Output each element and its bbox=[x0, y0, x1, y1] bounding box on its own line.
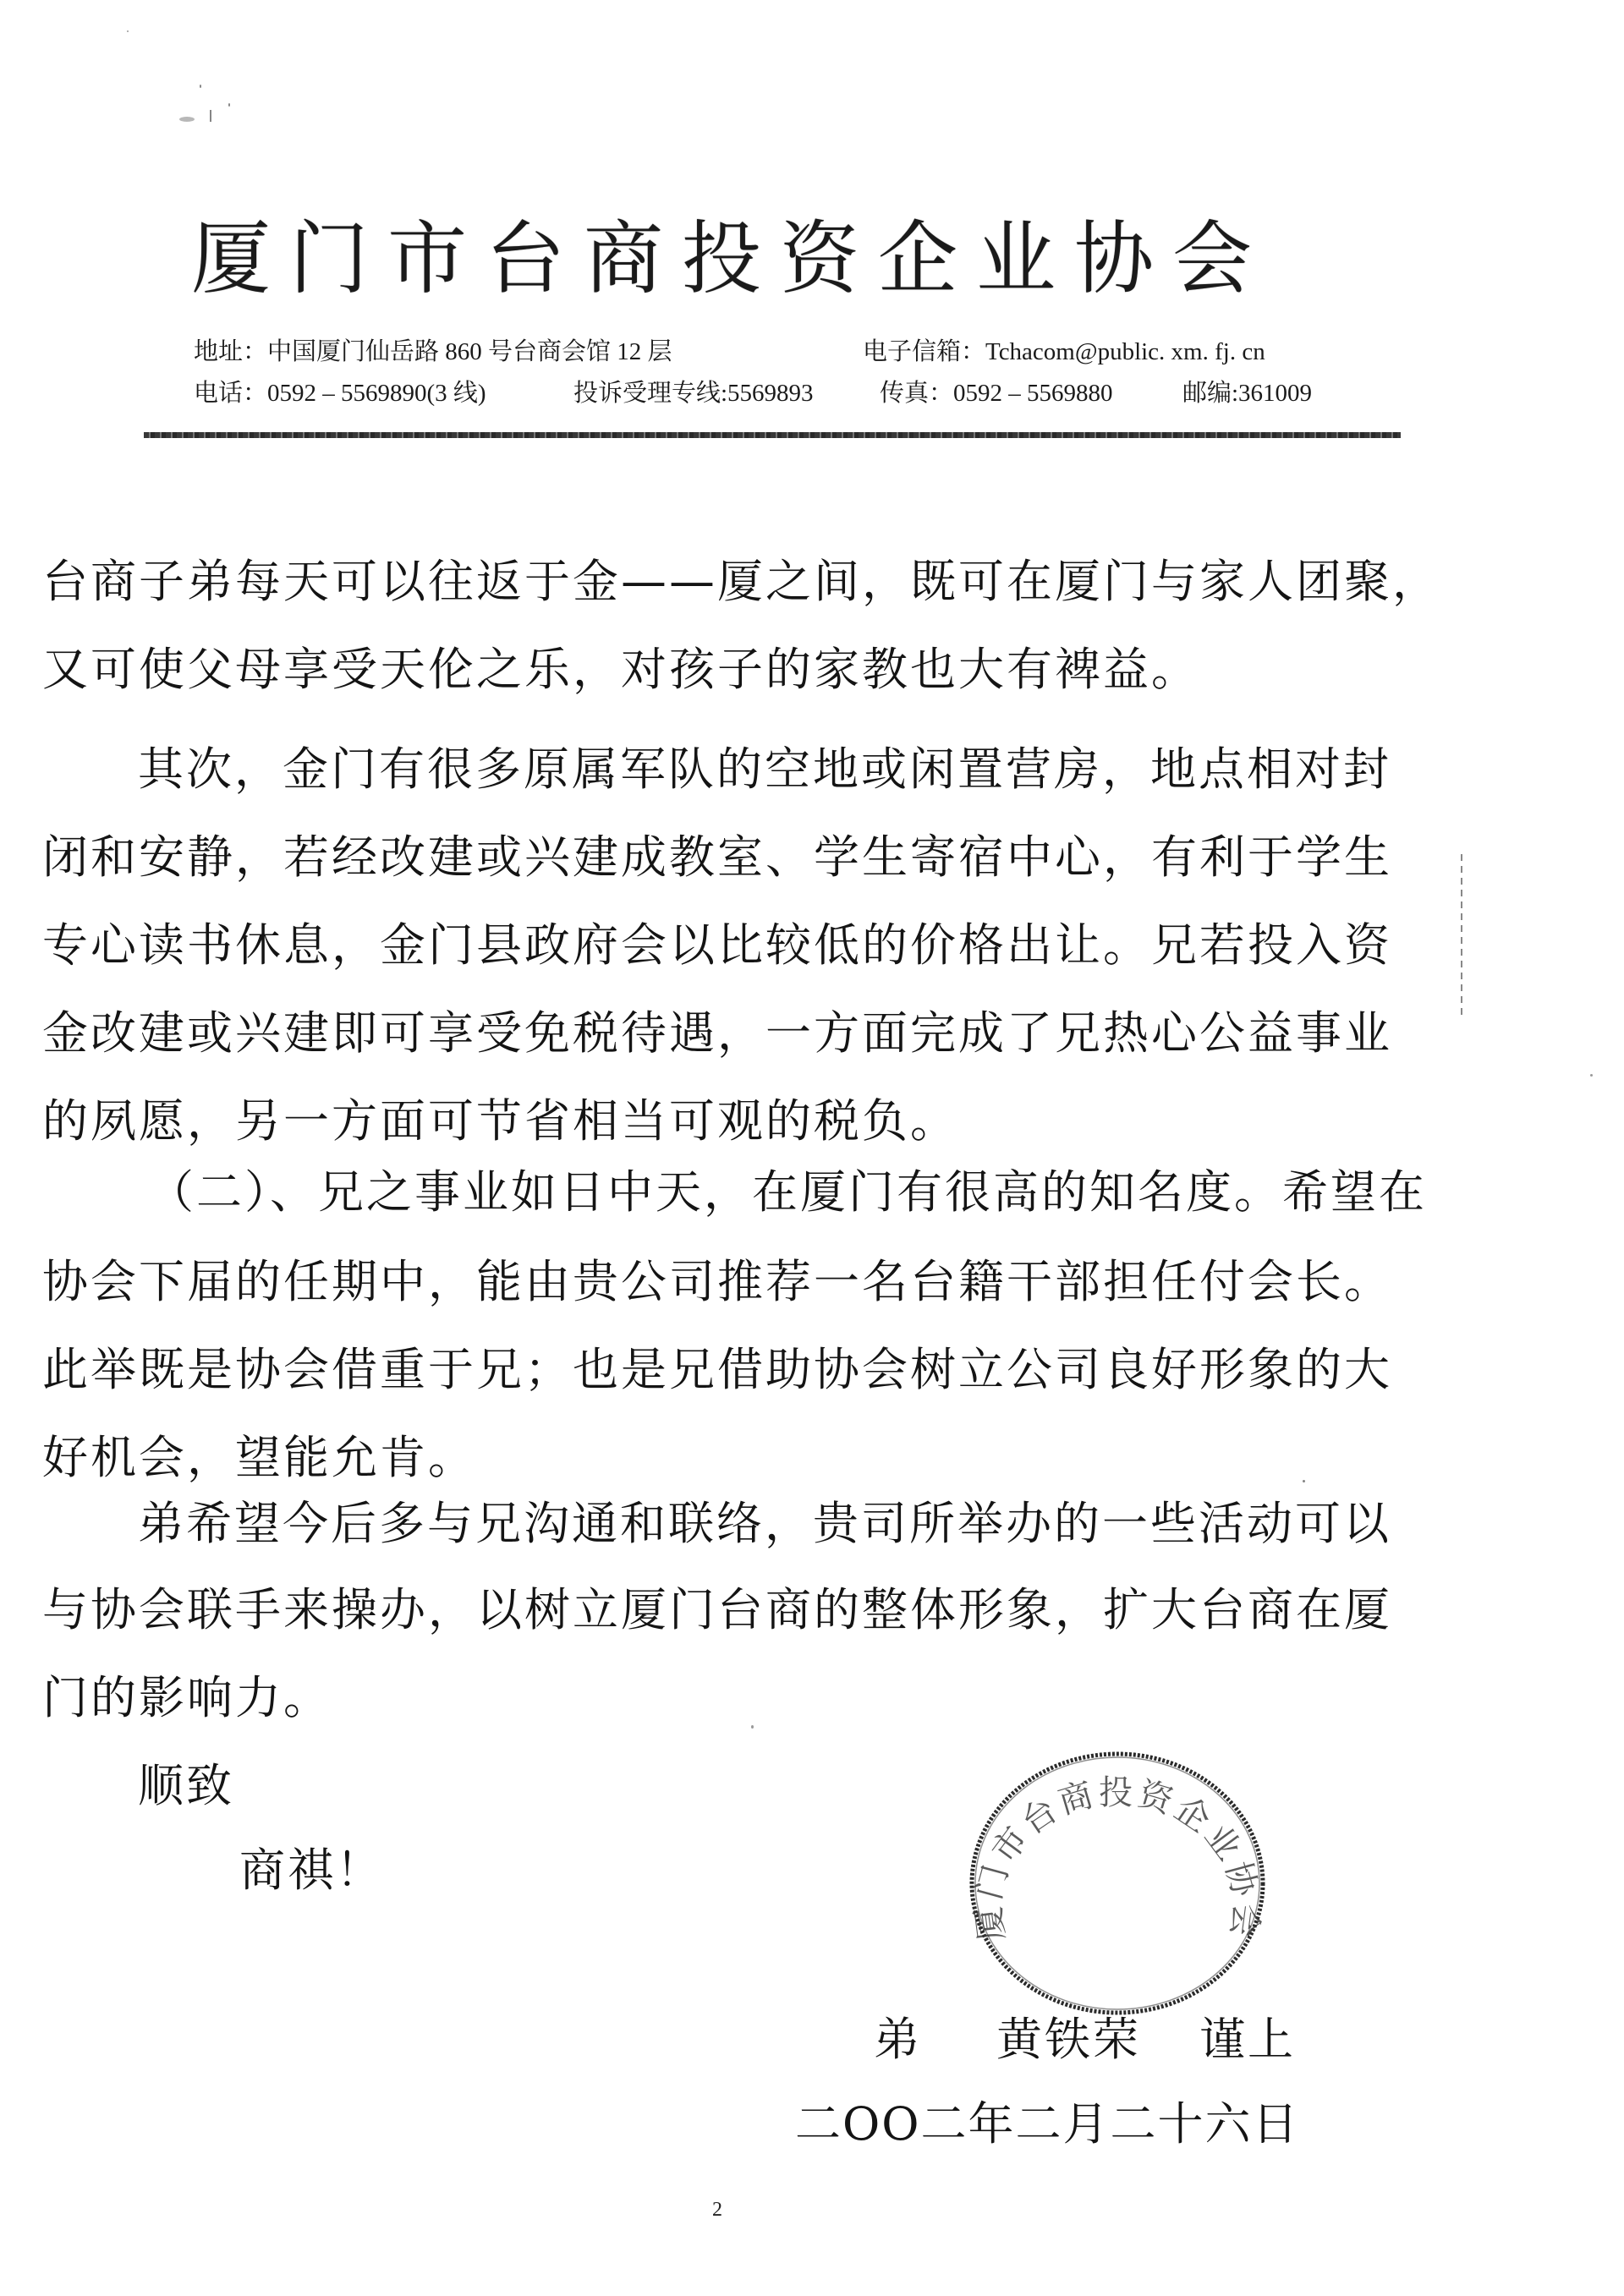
svg-text:厦门市台商投资企业协会: 厦门市台商投资企业协会 bbox=[968, 1773, 1265, 1943]
body-line: 好机会，望能允肯。 bbox=[42, 1431, 476, 1485]
body-line: （二）、兄之事业如日中天，在厦门有很高的知名度。希望在 bbox=[148, 1165, 1427, 1219]
scan-speck bbox=[127, 30, 129, 32]
scan-speck bbox=[228, 103, 230, 107]
scan-speck bbox=[751, 1725, 754, 1729]
signature-prefix: 弟 bbox=[874, 2013, 922, 2067]
letterhead-email: 电子信箱：Tchacom@public. xm. fj. cn bbox=[863, 337, 1265, 367]
body-line: 闭和安静，若经改建或兴建成教室、学生寄宿中心，有利于学生 bbox=[42, 830, 1392, 885]
body-line: 又可使父母享受天伦之乐，对孩子的家教也大有裨益。 bbox=[42, 643, 1199, 697]
signature-suffix: 谨上 bbox=[1199, 2013, 1296, 2067]
signature-date: 二OO二年二月二十六日 bbox=[795, 2097, 1300, 2151]
body-line: 门的影响力。 bbox=[42, 1671, 332, 1725]
scan-speck bbox=[179, 117, 195, 122]
letterhead-complaint-line: 投诉受理专线:5569893 bbox=[573, 378, 814, 408]
body-line: 专心读书休息，金门县政府会以比较低的价格出让。兄若投入资 bbox=[42, 918, 1392, 973]
scan-speck bbox=[1303, 1480, 1305, 1482]
official-seal: 厦门市台商投资企业协会 bbox=[967, 1749, 1268, 2018]
closing-regards: 商祺！ bbox=[239, 1844, 384, 1898]
scan-speck bbox=[1590, 1074, 1593, 1077]
page-number: 2 bbox=[712, 2199, 722, 2221]
letterhead-divider bbox=[144, 432, 1401, 438]
scan-speck bbox=[200, 85, 201, 88]
letterhead-postcode: 邮编:361009 bbox=[1182, 378, 1312, 408]
letterhead-org-name: 厦门市台商投资企业协会 bbox=[191, 213, 1270, 306]
letterhead-phone: 电话：0592 – 5569890(3 线) bbox=[194, 378, 486, 408]
body-line: 金改建或兴建即可享受免税待遇，一方面完成了兄热心公益事业 bbox=[42, 1006, 1392, 1060]
signature-name: 黄铁荣 bbox=[996, 2013, 1141, 2067]
seal-icon: 厦门市台商投资企业协会 bbox=[967, 1749, 1268, 2018]
body-line: 此举既是协会借重于兄；也是兄借助协会树立公司良好形象的大 bbox=[42, 1343, 1392, 1397]
body-line: 其次，金门有很多原属军队的空地或闲置营房，地点相对封 bbox=[138, 743, 1391, 797]
letterhead-address: 地址：中国厦门仙岳路 860 号台商会馆 12 层 bbox=[194, 337, 672, 367]
letterhead-fax: 传真：0592 – 5569880 bbox=[880, 378, 1113, 408]
body-line: 的夙愿，另一方面可节省相当可观的税负。 bbox=[42, 1094, 958, 1148]
scan-speck bbox=[210, 110, 211, 122]
body-line: 协会下届的任期中，能由贵公司推荐一名台籍干部担任付会长。 bbox=[42, 1255, 1392, 1309]
closing-salutation: 顺致 bbox=[138, 1759, 234, 1813]
body-line: 弟希望今后多与兄沟通和联络，贵司所举办的一些活动可以 bbox=[138, 1497, 1391, 1551]
body-line: 台商子弟每天可以往返于金——厦之间，既可在厦门与家人团聚， bbox=[42, 555, 1440, 609]
scan-artifact-line bbox=[1461, 854, 1462, 1020]
body-line: 与协会联手来操办，以树立厦门台商的整体形象，扩大台商在厦 bbox=[42, 1583, 1392, 1637]
